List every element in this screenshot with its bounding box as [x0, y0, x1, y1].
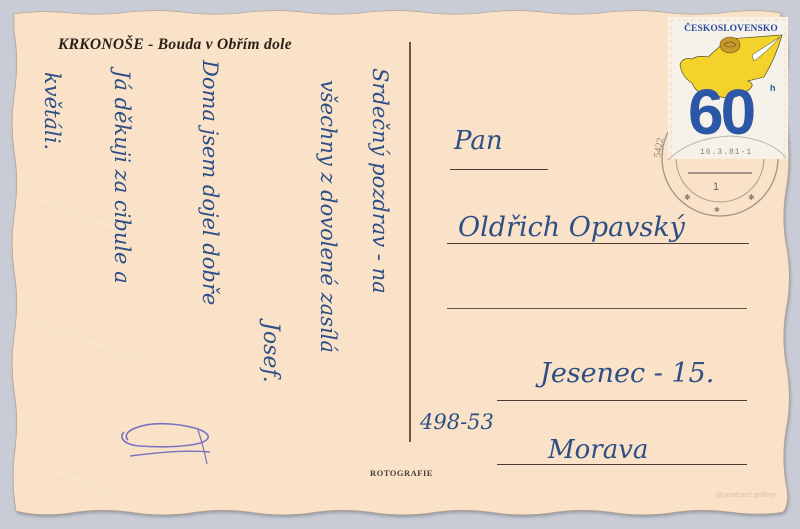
address-region: Morava — [548, 435, 648, 465]
printed-title: KRKONOŠE - Bouda v Obřím dole — [58, 36, 292, 54]
postal-code: 498-53 — [420, 410, 494, 434]
signature-scribble — [110, 412, 230, 472]
printed-title-subtitle: Bouda v Obřím dole — [158, 36, 292, 53]
center-divider — [409, 42, 411, 442]
address-line-1 — [450, 169, 548, 170]
stamp-value: 60 — [688, 80, 753, 144]
svg-text:✱: ✱ — [714, 206, 720, 214]
message-line-2: všechny z dovolené zasílá — [316, 80, 340, 353]
message-line-6: květáli. — [40, 72, 64, 150]
message-line-5: Já děkuji za cibule a — [110, 70, 134, 284]
address-line-5 — [497, 464, 747, 465]
svg-text:5422: 5422 — [652, 137, 666, 159]
postmark-office-number: 1 — [713, 181, 719, 193]
printed-title-place: KRKONOŠE — [58, 36, 144, 53]
address-salutation: Pan — [454, 126, 503, 156]
postcard: KRKONOŠE - Bouda v Obřím dole Srdečný po… — [0, 0, 800, 529]
message-line-1: Srdečný pozdrav - na — [368, 68, 392, 294]
postmark-date: 16.3.81-1 — [700, 148, 752, 157]
svg-text:✱: ✱ — [684, 193, 691, 202]
address-line-3 — [447, 308, 747, 309]
address-line-2 — [447, 243, 749, 244]
printer-mark: ROTOGRAFIE — [370, 468, 433, 478]
stamp-unit: h — [770, 83, 776, 93]
message-line-3: Josef. — [258, 322, 283, 383]
svg-text:✱: ✱ — [748, 193, 755, 202]
message-line-4: Doma jsem dojel dobře — [198, 60, 222, 305]
address-city: Jeseneс - 15. — [540, 358, 714, 389]
printed-title-separator: - — [144, 36, 158, 53]
address-line-4 — [497, 400, 747, 401]
stamp-country: ČESKOSLOVENSKO — [678, 24, 784, 34]
watermark: @postcard.gallery — [715, 490, 776, 499]
